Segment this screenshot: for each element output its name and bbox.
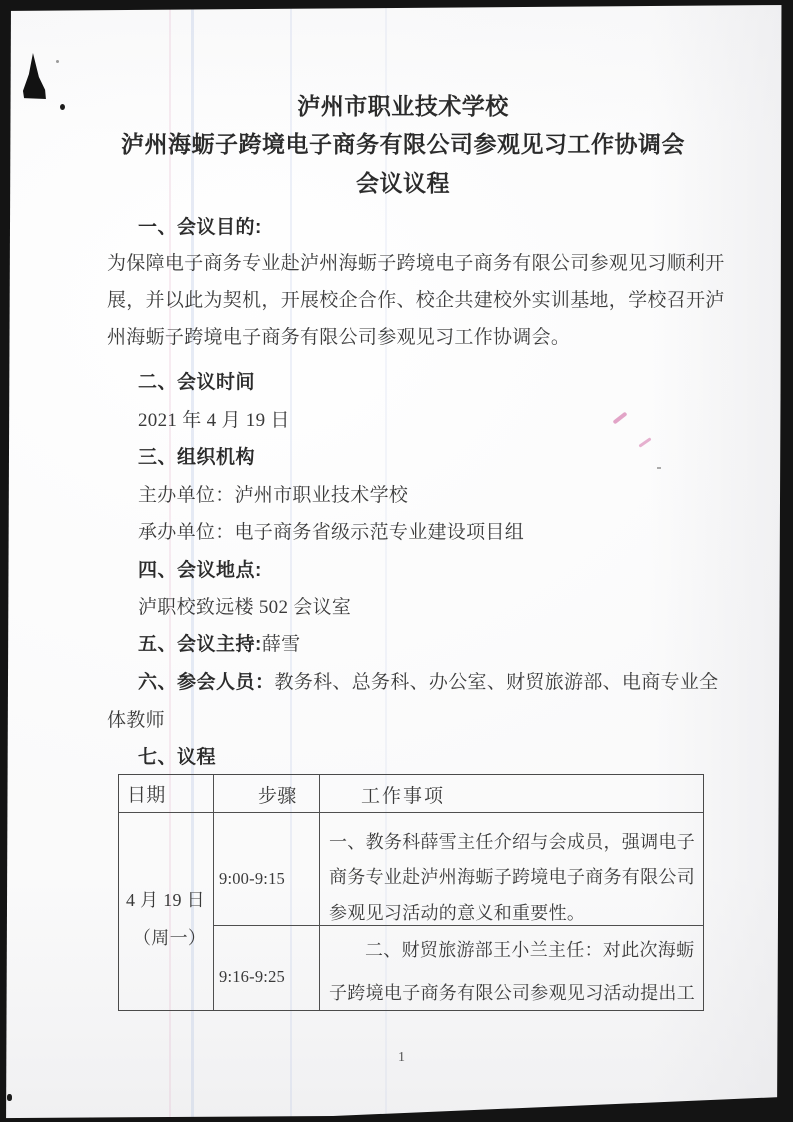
table-task-line: 子跨境电子商务有限公司参观见习活动提出工 — [329, 983, 695, 1004]
purpose-paragraph-line: 展，并以此为契机，开展校企合作、校企共建校外实训基地，学校召开泸 — [107, 290, 725, 312]
scan-border-bottom — [0, 1092, 793, 1122]
scan-border-left — [0, 0, 11, 1122]
meeting-location-value: 泸职校致远楼 502 会议室 — [138, 597, 351, 619]
edge-ink-notch — [7, 1094, 12, 1101]
purpose-paragraph-line: 为保障电子商务专业赴泸州海蛎子跨境电子商务有限公司参观见习顺利开 — [107, 253, 725, 275]
document-title-school: 泸州市职业技术学校 — [13, 93, 793, 119]
organizer-unit-line: 承办单位：电子商务省级示范专业建设项目组 — [138, 522, 524, 544]
table-date-line: 4 月 19 日 — [126, 890, 205, 911]
table-time-slot: 9:16-9:25 — [219, 966, 285, 987]
table-column-divider — [319, 775, 320, 1010]
agenda-table: 日期 步骤 工作事项 4 月 19 日 （周一） 9:00-9:15 一、教务科… — [118, 774, 704, 1011]
table-time-slot: 9:00-9:15 — [219, 868, 285, 889]
section-heading-moderator: 五、会议主持: — [138, 634, 262, 655]
host-unit-line: 主办单位：泸州市职业技术学校 — [138, 485, 408, 507]
pink-pen-mark — [612, 411, 627, 424]
moderator-line: 五、会议主持:薛雪 — [138, 634, 300, 656]
participants-line: 六、参会人员：教务科、总务科、办公室、财贸旅游部、电商专业全 — [138, 672, 718, 694]
table-header-task: 工作事项 — [361, 786, 445, 807]
table-date-line: （周一） — [133, 928, 206, 949]
section-heading-participants: 六、参会人员： — [138, 672, 275, 693]
table-header-date: 日期 — [127, 785, 166, 806]
document-title-agenda: 会议议程 — [13, 170, 793, 196]
table-task-line: 商务专业赴泸州海蛎子跨境电子商务有限公司 — [329, 867, 695, 888]
pink-pen-mark — [638, 437, 651, 447]
document-title-meeting: 泸州海蛎子跨境电子商务有限公司参观见习工作协调会 — [13, 131, 793, 157]
section-heading-location: 四、会议地点: — [138, 560, 262, 582]
table-task-line: 参观见习活动的意义和重要性。 — [329, 903, 585, 924]
participants-wrap-line: 体教师 — [107, 710, 165, 732]
table-row-divider — [213, 925, 704, 926]
ink-speck — [56, 60, 59, 63]
table-task-line: 二、财贸旅游部王小兰主任：对此次海蛎 — [365, 940, 694, 961]
meeting-date-value: 2021 年 4 月 19 日 — [138, 410, 290, 432]
table-header-divider — [119, 812, 703, 813]
table-column-divider — [213, 775, 214, 1010]
table-header-step: 步骤 — [258, 786, 297, 807]
table-task-line: 一、教务科薛雪主任介绍与会成员，强调电子 — [329, 832, 695, 853]
moderator-name: 薛雪 — [262, 634, 301, 655]
section-heading-agenda: 七、议程 — [138, 747, 216, 769]
scanned-meeting-agenda-document: 泸州市职业技术学校 泸州海蛎子跨境电子商务有限公司参观见习工作协调会 会议议程 … — [0, 0, 793, 1122]
gray-speck — [657, 467, 661, 469]
section-heading-time: 二、会议时间 — [138, 372, 255, 394]
scan-border-top — [0, 0, 793, 11]
section-heading-purpose: 一、会议目的: — [138, 217, 262, 239]
participants-list: 教务科、总务科、办公室、财贸旅游部、电商专业全 — [275, 672, 719, 693]
page-number: 1 — [398, 1050, 405, 1066]
scan-border-right — [777, 0, 793, 1122]
section-heading-organization: 三、组织机构 — [138, 447, 255, 469]
purpose-paragraph-line: 州海蛎子跨境电子商务有限公司参观见习工作协调会。 — [107, 327, 570, 349]
